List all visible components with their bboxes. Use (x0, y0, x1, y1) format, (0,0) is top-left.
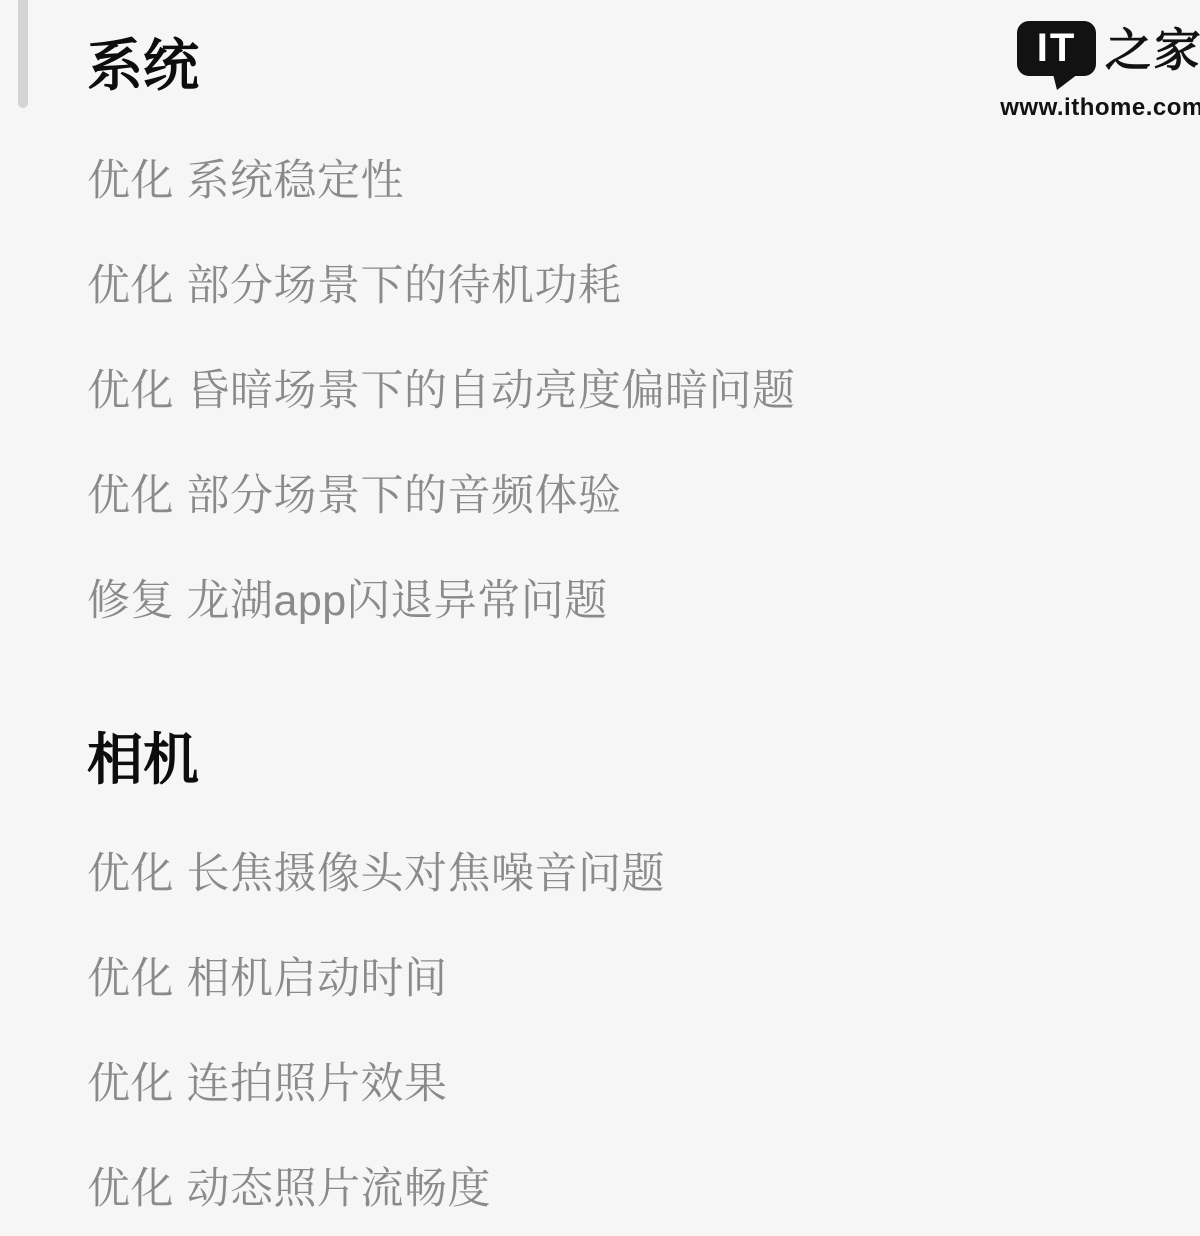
scrollbar-thumb[interactable] (18, 0, 28, 108)
changelog-item: 优化 部分场景下的待机功耗 (87, 262, 1170, 310)
section-title-system: 系统 (87, 35, 1170, 97)
section-system: 系统 优化 系统稳定性 优化 部分场景下的待机功耗 优化 昏暗场景下的自动亮度偏… (87, 35, 1170, 625)
section-title-camera: 相机 (87, 729, 1170, 791)
changelog-item: 优化 连拍照片效果 (87, 1060, 1170, 1108)
changelog-item: 优化 长焦摄像头对焦噪音问题 (87, 850, 1170, 898)
changelog-content: 系统 优化 系统稳定性 优化 部分场景下的待机功耗 优化 昏暗场景下的自动亮度偏… (87, 35, 1170, 1213)
changelog-item: 优化 相机启动时间 (87, 955, 1170, 1003)
changelog-item: 修复 龙湖app闪退异常问题 (87, 577, 1170, 625)
changelog-item: 优化 动态照片流畅度 (87, 1165, 1170, 1213)
changelog-item: 优化 部分场景下的音频体验 (87, 472, 1170, 520)
section-camera: 相机 优化 长焦摄像头对焦噪音问题 优化 相机启动时间 优化 连拍照片效果 优化… (87, 729, 1170, 1213)
changelog-item: 优化 系统稳定性 (87, 157, 1170, 205)
changelog-item: 优化 昏暗场景下的自动亮度偏暗问题 (87, 367, 1170, 415)
